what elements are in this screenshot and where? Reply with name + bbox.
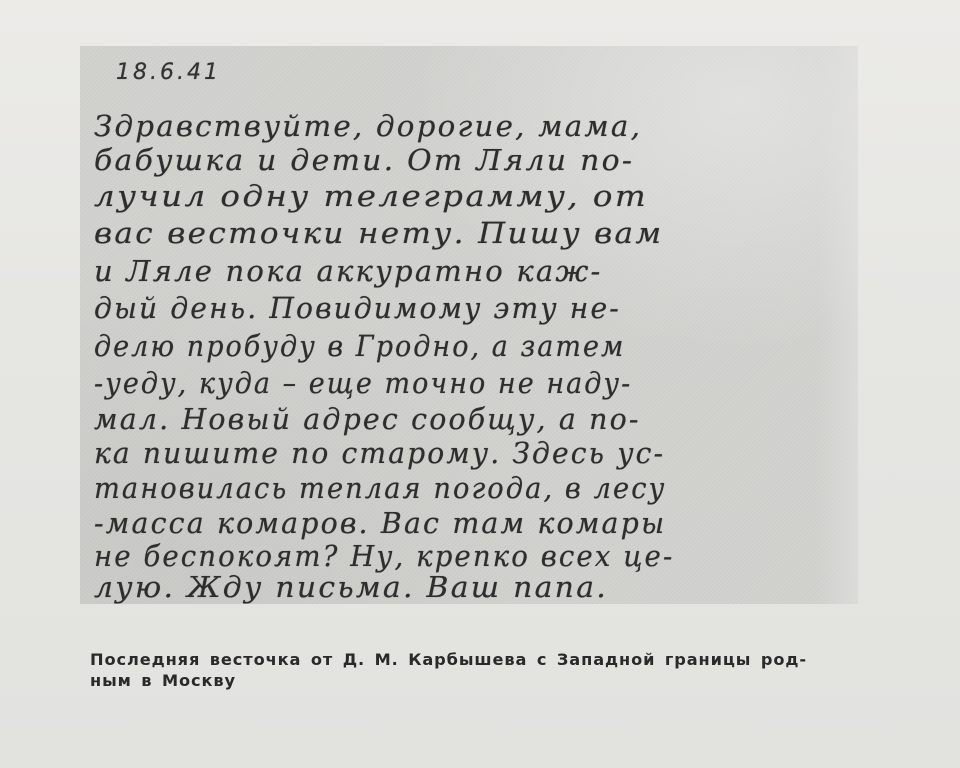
letter-line: лучил одну телеграмму, от [94,182,648,211]
letter-line: тановилась теплая погода, в лесу [94,474,666,503]
figure-caption: Последняя весточка от Д. М. Карбышева с … [90,649,880,691]
caption-line-2: ным в Москву [90,670,880,691]
letter-line: не беспокоят? Ну, крепко всех це- [94,542,674,571]
letter-line: вас весточки нету. Пишу вам [94,219,664,248]
letter-line: мал. Новый адрес сообщу, а по- [94,405,641,434]
letter-line: Здравствуйте, дорогие, мама, [94,112,642,141]
letter-line: лую. Жду письма. Ваш папа. [94,573,608,602]
book-page: 18.6.41 Здравствуйте, дорогие, мама, баб… [0,0,960,768]
letter-line: дый день. Повидимому эту не- [94,294,621,323]
caption-line-1: Последняя весточка от Д. М. Карбышева с … [90,649,880,670]
letter-line: делю пробуду в Гродно, а затем [94,332,625,361]
letter-date: 18.6.41 [116,62,221,84]
letter-photograph: 18.6.41 Здравствуйте, дорогие, мама, баб… [80,46,858,604]
letter-line: и Ляле пока аккуратно каж- [94,257,603,286]
letter-line: ка пишите по старому. Здесь ус- [94,439,665,468]
letter-line: бабушка и дети. От Ляли по- [94,146,634,175]
letter-line: -масса комаров. Вас там комары [94,509,666,538]
letter-line: -уеду, куда – еще точно не наду- [94,369,632,398]
